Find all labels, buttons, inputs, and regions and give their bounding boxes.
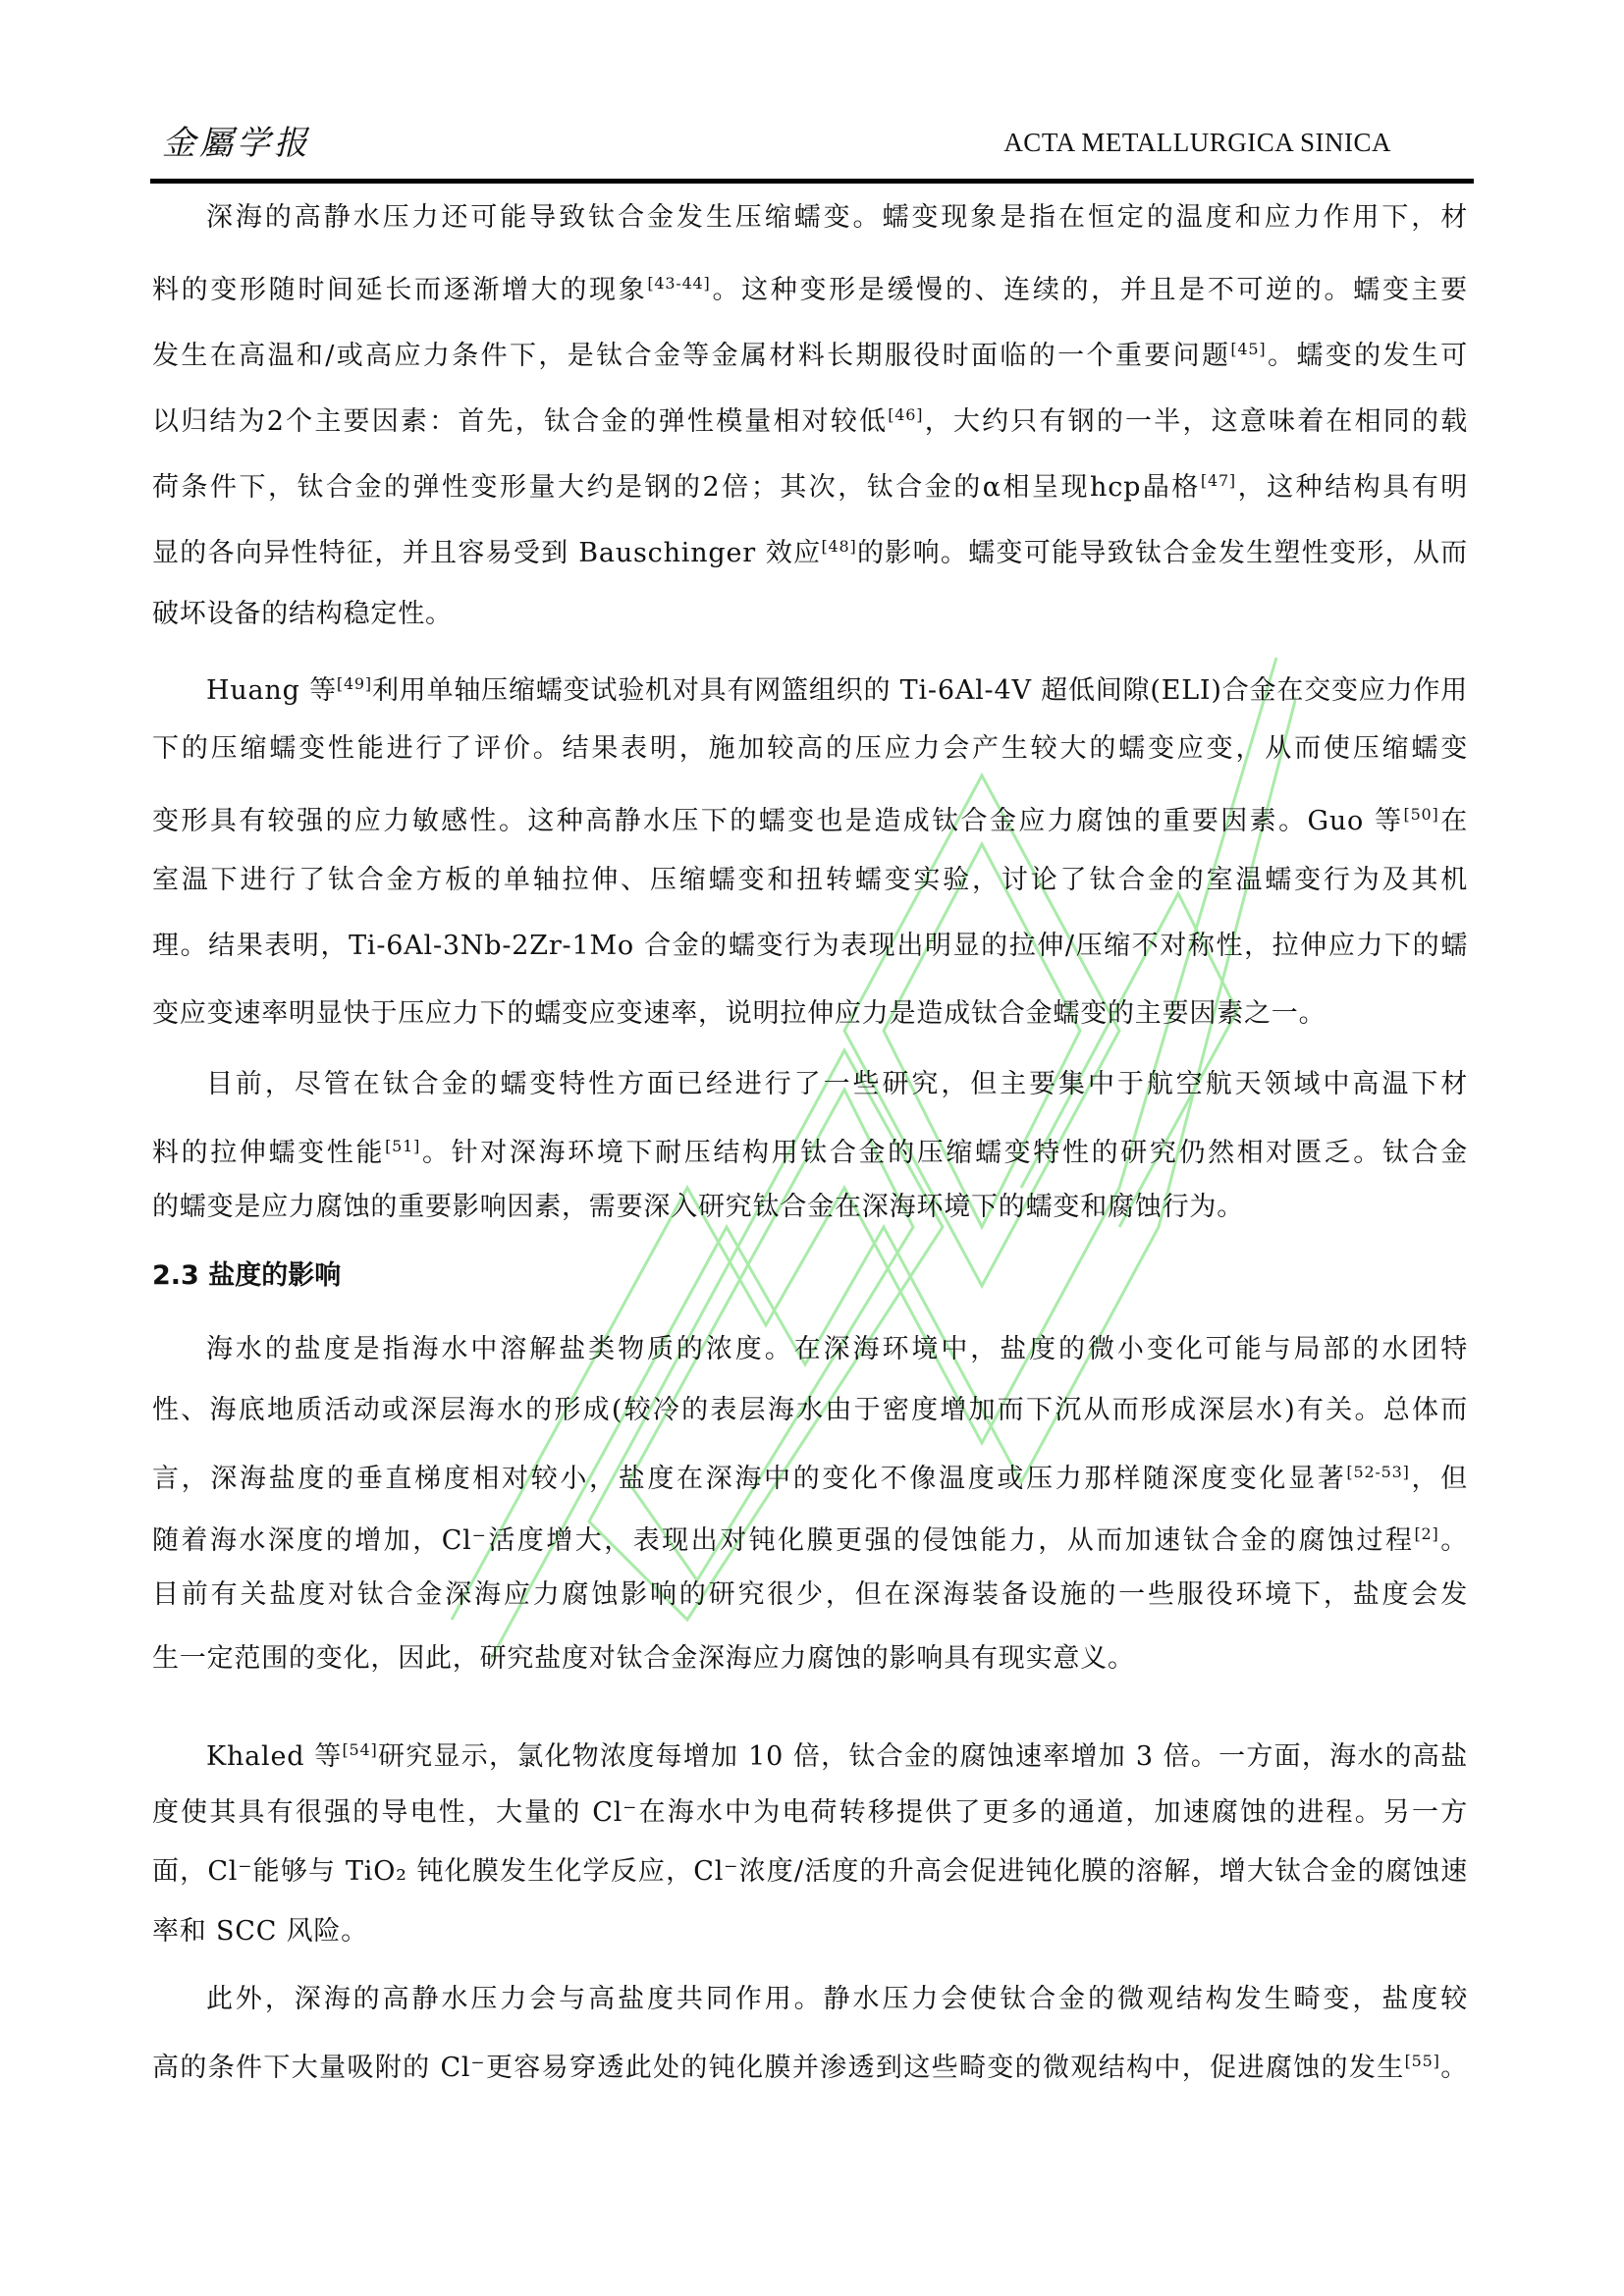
text-line: 料的拉伸蠕变性能[51]。针对深海环境下耐压结构用钛合金的压缩蠕变特性的研究仍然… (152, 1127, 1468, 1166)
text-line: 面，Cl⁻能够与 TiO₂ 钝化膜发生化学反应，Cl⁻浓度/活度的升高会促进钝化… (152, 1852, 1468, 1892)
text-line: 性、海底地质活动或深层海水的形成(较冷的表层海水由于密度增加而下沉从而形成深层水… (152, 1391, 1468, 1430)
text-line: 目前有关盐度对钛合金深海应力腐蚀影响的研究很少，但在深海装备设施的一些服役环境下… (152, 1575, 1468, 1615)
text-line: 此外，深海的高静水压力会与高盐度共同作用。静水压力会使钛合金的微观结构发生畸变，… (206, 1980, 1468, 2019)
header-rule (150, 179, 1474, 184)
citation-ref[interactable]: [2] (1414, 1524, 1438, 1543)
text-line: 变应变速率明显快于压应力下的蠕变应变速率，说明拉伸应力是造成钛合金蠕变的主要因素… (152, 994, 1468, 1034)
citation-ref[interactable]: [43-44] (647, 274, 710, 293)
text-line: 高的条件下大量吸附的 Cl⁻更容易穿透此处的钝化膜并渗透到这些畸变的微观结构中，… (152, 2042, 1468, 2081)
text-line: 变形具有较强的应力敏感性。这种高静水压下的蠕变也是造成钛合金应力腐蚀的重要因素。… (152, 795, 1468, 834)
citation-ref[interactable]: [46] (888, 405, 923, 424)
text-line: 随着海水深度的增加，Cl⁻活度增大，表现出对钝化膜更强的侵蚀能力，从而加速钛合金… (152, 1515, 1468, 1554)
text-line: 深海的高静水压力还可能导致钛合金发生压缩蠕变。蠕变现象是指在恒定的温度和应力作用… (206, 198, 1468, 238)
citation-ref[interactable]: [49] (337, 674, 372, 693)
journal-title-cn: 金屬学报 (162, 116, 311, 164)
citation-ref[interactable]: [51] (385, 1137, 420, 1155)
text-line: Huang 等[49]利用单轴压缩蠕变试验机对具有网篮组织的 Ti-6Al-4V… (206, 665, 1468, 704)
text-line: 下的压缩蠕变性能进行了评价。结果表明，施加较高的压应力会产生较大的蠕变应变，从而… (152, 729, 1468, 769)
text-line: 破坏设备的结构稳定性。 (152, 595, 1468, 634)
text-line: 的蠕变是应力腐蚀的重要影响因素，需要深入研究钛合金在深海环境下的蠕变和腐蚀行为。 (152, 1188, 1468, 1227)
text-line: 料的变形随时间延长而逐渐增大的现象[43-44]。这种变形是缓慢的、连续的，并且… (152, 264, 1468, 303)
text-line: 目前，尽管在钛合金的蠕变特性方面已经进行了一些研究，但主要集中于航空航天领域中高… (206, 1065, 1468, 1104)
text-line: 显的各向异性特征，并且容易受到 Bauschinger 效应[48]的影响。蠕变… (152, 527, 1468, 566)
text-line: 以归结为2个主要因素：首先，钛合金的弹性模量相对较低[46]，大约只有钢的一半，… (152, 396, 1468, 435)
text-line: 海水的盐度是指海水中溶解盐类物质的浓度。在深海环境中，盐度的微小变化可能与局部的… (206, 1330, 1468, 1369)
citation-ref[interactable]: [55] (1405, 2052, 1440, 2070)
text-line: Khaled 等[54]研究显示，氯化物浓度每增加 10 倍，钛合金的腐蚀速率增… (206, 1731, 1468, 1770)
citation-ref[interactable]: [47] (1201, 471, 1236, 490)
text-line: 荷条件下，钛合金的弹性变形量大约是钢的2倍；其次，钛合金的α相呈现hcp晶格[4… (152, 461, 1468, 501)
text-line: 生一定范围的变化，因此，研究盐度对钛合金深海应力腐蚀的影响具有现实意义。 (152, 1639, 1468, 1679)
text-line: 理。结果表明，Ti-6Al-3Nb-2Zr-1Mo 合金的蠕变行为表现出明显的拉… (152, 927, 1468, 966)
text-line: 室温下进行了钛合金方板的单轴拉伸、压缩蠕变和扭转蠕变实验，讨论了钛合金的室温蠕变… (152, 861, 1468, 900)
citation-ref[interactable]: [48] (821, 537, 856, 556)
citation-ref[interactable]: [52-53] (1346, 1463, 1409, 1481)
text-line: 率和 SCC 风险。 (152, 1912, 1468, 1951)
section-heading: 2.3 盐度的影响 (152, 1256, 341, 1296)
citation-ref[interactable]: [54] (342, 1740, 377, 1759)
text-line: 言，深海盐度的垂直梯度相对较小，盐度在深海中的变化不像温度或压力那样随深度变化显… (152, 1453, 1468, 1492)
citation-ref[interactable]: [50] (1404, 805, 1439, 824)
journal-title-en: ACTA METALLURGICA SINICA (1003, 128, 1391, 158)
text-line: 度使其具有很强的导电性，大量的 Cl⁻在海水中为电荷转移提供了更多的通道，加速腐… (152, 1793, 1468, 1833)
citation-ref[interactable]: [45] (1230, 340, 1266, 358)
text-line: 发生在高温和/或高应力条件下，是钛合金等金属材料长期服役时面临的一个重要问题[4… (152, 330, 1468, 369)
